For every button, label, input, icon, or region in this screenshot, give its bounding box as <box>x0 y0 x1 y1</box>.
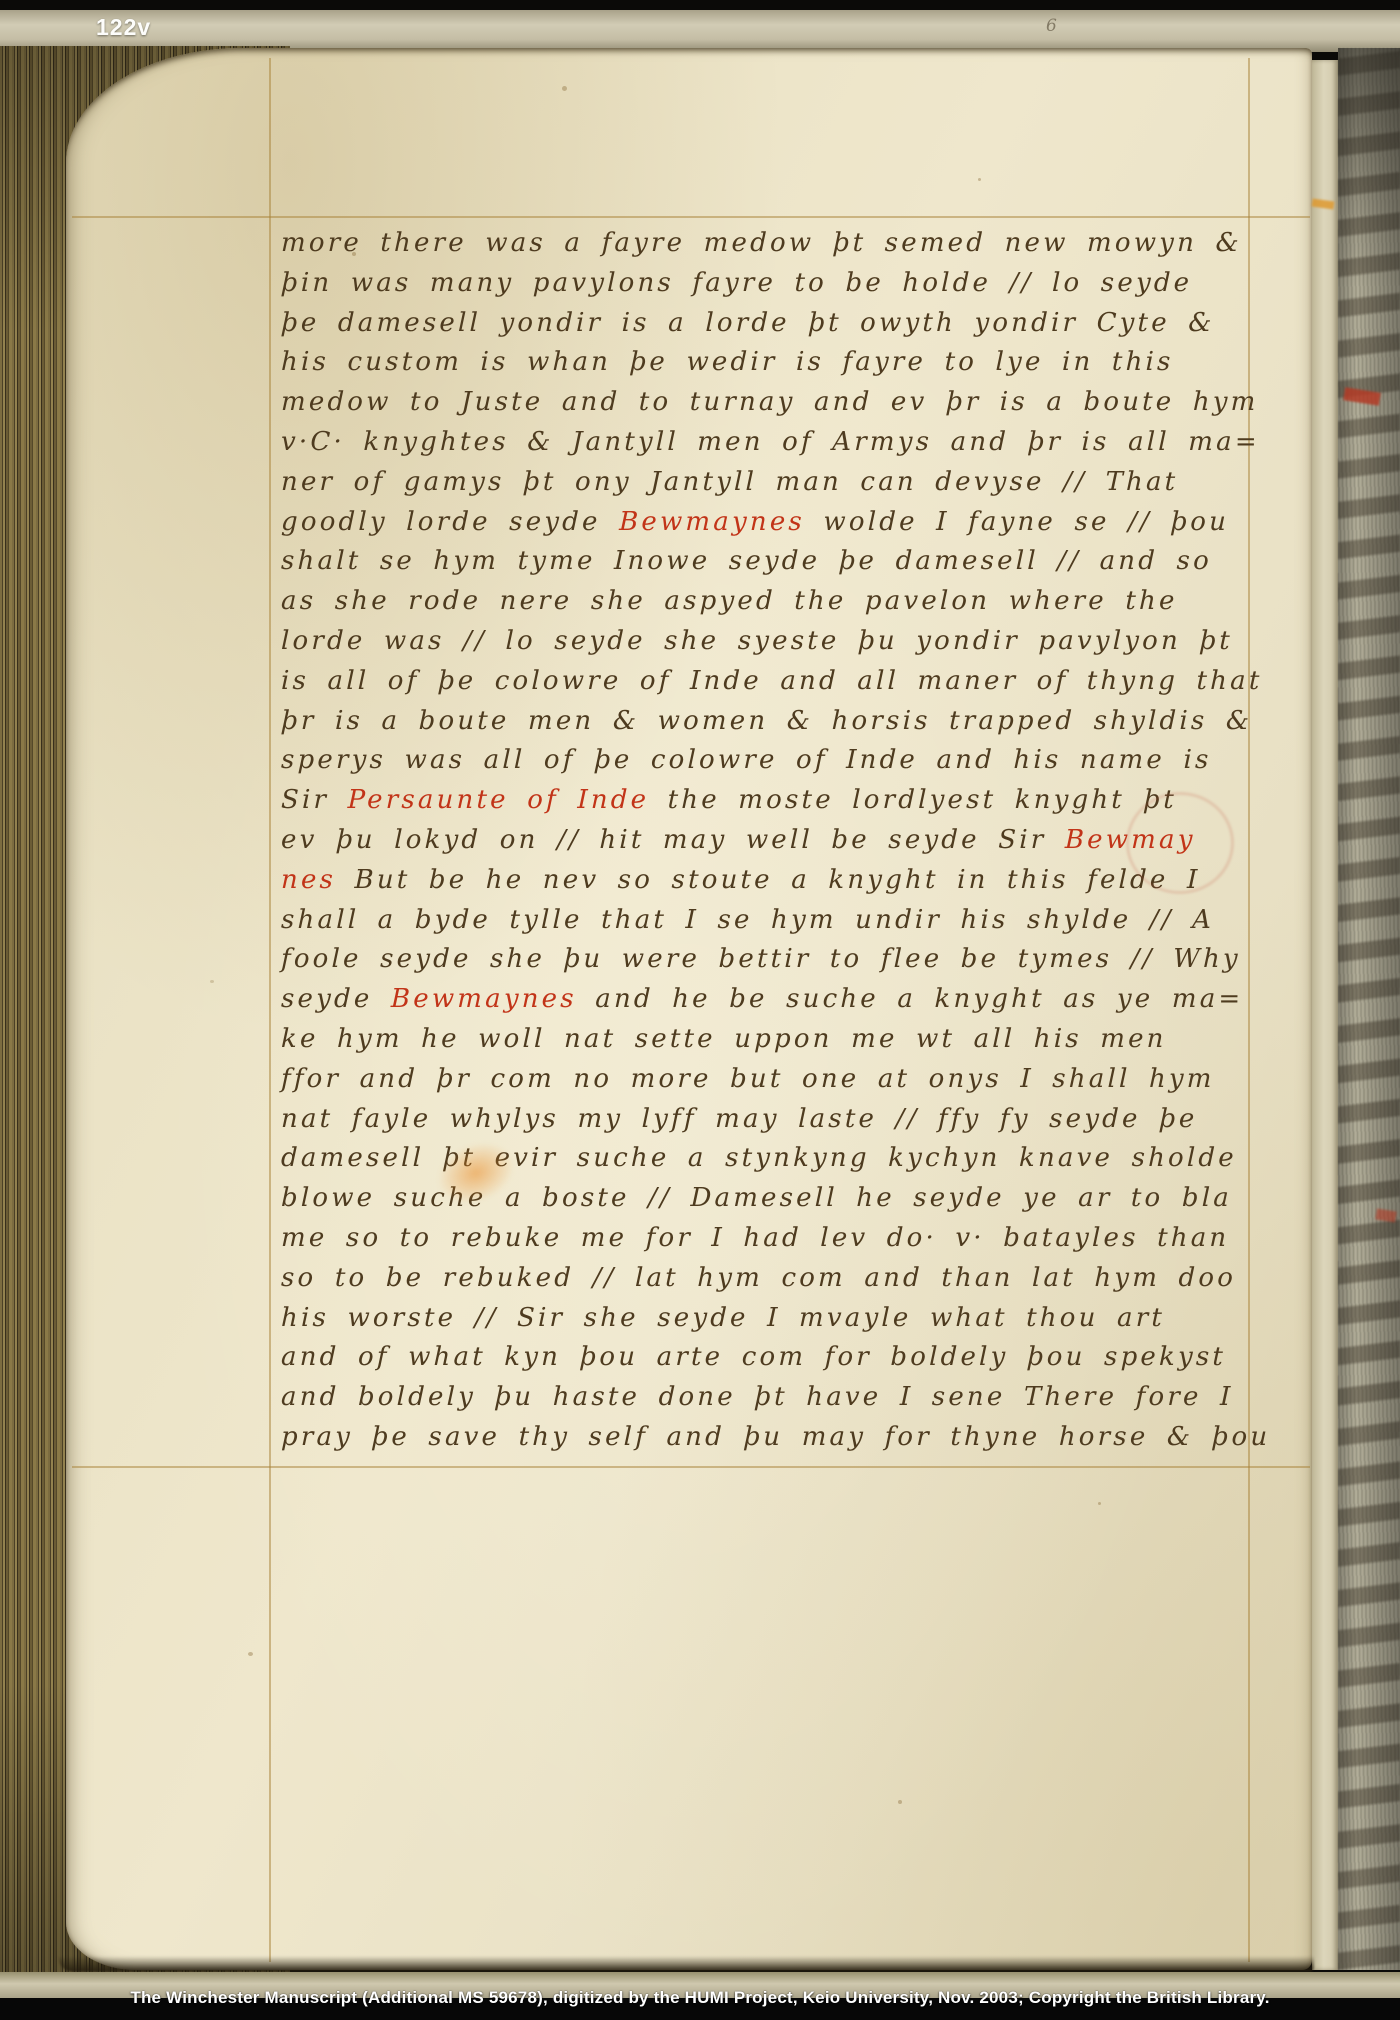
ink-text: ke hym he woll nat sette uppon me wt all… <box>281 1024 1167 1054</box>
ink-text: so to be rebuked // lat hym com and than… <box>281 1263 1237 1293</box>
ink-text: But be he nev so stoute a knyght in this… <box>336 865 1201 895</box>
manuscript-text-line: Sir Persaunte of Inde the moste lordlyes… <box>281 781 1254 821</box>
manuscript-text-line: more there was a fayre medow þt semed ne… <box>281 224 1254 264</box>
pencil-annotation: 6 <box>1046 16 1057 36</box>
manuscript-text-line: foole seyde she þu were bettir to flee b… <box>281 940 1254 980</box>
fox-spot <box>210 980 214 983</box>
manuscript-text-line: ner of gamys þt ony Jantyll man can devy… <box>281 463 1254 503</box>
facing-page-sliver <box>1338 48 1400 1970</box>
manuscript-text-line: his worste // Sir she seyde I mvayle wha… <box>281 1299 1254 1339</box>
leaf-fore-edge <box>1312 60 1338 1970</box>
fox-spot <box>352 252 356 256</box>
ink-text: sperys was all of þe colowre of Inde and… <box>281 745 1212 775</box>
ink-text: þin was many pavylons fayre to be holde … <box>281 268 1193 298</box>
ink-text: shalt se hym tyme Inowe seyde þe damesel… <box>281 546 1212 576</box>
ink-text: lorde was // lo seyde she syeste þu yond… <box>281 626 1233 656</box>
manuscript-text-line: sperys was all of þe colowre of Inde and… <box>281 741 1254 781</box>
fox-spot <box>978 178 981 181</box>
ink-text: v·C· knyghtes & Jantyll men of Armys and… <box>281 427 1260 457</box>
fox-spot <box>248 1652 253 1656</box>
ink-text: and boldely þu haste done þt have I sene… <box>281 1382 1234 1412</box>
manuscript-text-line: nes But be he nev so stoute a knyght in … <box>281 861 1254 901</box>
ink-text: his custom is whan þe wedir is fayre to … <box>281 347 1174 377</box>
ink-text: foole seyde she þu were bettir to flee b… <box>281 944 1241 974</box>
ink-text: ev þu lokyd on // hit may well be seyde … <box>281 825 1065 855</box>
manuscript-text-line: ffor and þr com no more but one at onys … <box>281 1060 1254 1100</box>
ink-text: goodly lorde seyde <box>281 507 620 537</box>
rubricated-text: nes <box>281 865 337 895</box>
ruling-line-top <box>72 216 1310 218</box>
fox-spot <box>562 86 567 91</box>
ink-text: his worste // Sir she seyde I mvayle wha… <box>281 1303 1166 1333</box>
ink-text: ffor and þr com no more but one at onys … <box>281 1064 1215 1094</box>
ruling-line-left <box>269 58 271 1962</box>
manuscript-text-line: medow to Juste and to turnay and ev þr i… <box>281 383 1254 423</box>
red-ring-stain <box>1126 792 1234 894</box>
manuscript-text-line: þin was many pavylons fayre to be holde … <box>281 264 1254 304</box>
manuscript-text-line: me so to rebuke me for I had lev do· v· … <box>281 1219 1254 1259</box>
manuscript-text-line: ev þu lokyd on // hit may well be seyde … <box>281 821 1254 861</box>
manuscript-photo: 122v 6 more there was a fayre medow þt s… <box>0 0 1400 2020</box>
manuscript-text-line: shall a byde tylle that I se hym undir h… <box>281 901 1254 941</box>
manuscript-text-line: þe damesell yondir is a lorde þt owyth y… <box>281 304 1254 344</box>
manuscript-text-line: his custom is whan þe wedir is fayre to … <box>281 343 1254 383</box>
ink-text: is all of þe colowre of Inde and all man… <box>281 666 1263 696</box>
ink-text: seyde <box>281 984 391 1014</box>
ink-text: more there was a fayre medow þt semed ne… <box>281 228 1242 258</box>
ink-text: nat fayle whylys my lyff may laste // ff… <box>281 1104 1198 1134</box>
rubricated-text: Bewmaynes <box>391 984 577 1014</box>
manuscript-text-line: nat fayle whylys my lyff may laste // ff… <box>281 1100 1254 1140</box>
manuscript-text-line: blowe suche a boste // Damesell he seyde… <box>281 1179 1254 1219</box>
ink-text: medow to Juste and to turnay and ev þr i… <box>281 387 1259 417</box>
ink-text: pray þe save thy self and þu may for thy… <box>281 1422 1271 1452</box>
manuscript-text-line: þr is a boute men & women & horsis trapp… <box>281 702 1254 742</box>
rubricated-text: Bewmaynes <box>619 507 805 537</box>
manuscript-text-line: pray þe save thy self and þu may for thy… <box>281 1418 1254 1458</box>
manuscript-text-line: and boldely þu haste done þt have I sene… <box>281 1378 1254 1418</box>
ink-text: damesell þt evir suche a stynkyng kychyn… <box>281 1143 1237 1173</box>
manuscript-text-line: ke hym he woll nat sette uppon me wt all… <box>281 1020 1254 1060</box>
ruling-line-bottom <box>72 1466 1310 1468</box>
fox-spot <box>898 1800 902 1804</box>
fox-spot <box>1098 1502 1101 1505</box>
manuscript-text-line: v·C· knyghtes & Jantyll men of Armys and… <box>281 423 1254 463</box>
ink-text: þr is a boute men & women & horsis trapp… <box>281 706 1253 736</box>
ink-text: shall a byde tylle that I se hym undir h… <box>281 905 1215 935</box>
manuscript-text-line: as she rode nere she aspyed the pavelon … <box>281 582 1254 622</box>
manuscript-text-line: shalt se hym tyme Inowe seyde þe damesel… <box>281 542 1254 582</box>
folio-number: 122v <box>96 14 151 41</box>
manuscript-text-block: more there was a fayre medow þt semed ne… <box>281 224 1253 1458</box>
ink-text: ner of gamys þt ony Jantyll man can devy… <box>281 467 1179 497</box>
manuscript-text-line: seyde Bewmaynes and he be suche a knyght… <box>281 980 1254 1020</box>
manuscript-text-line: damesell þt evir suche a stynkyng kychyn… <box>281 1139 1254 1179</box>
manuscript-text-line: lorde was // lo seyde she syeste þu yond… <box>281 622 1254 662</box>
caption-text: The Winchester Manuscript (Additional MS… <box>0 1988 1400 2008</box>
rubricated-text: Persaunte of Inde <box>347 785 649 815</box>
facing-page-shading <box>1338 48 1400 1970</box>
ink-text: wolde I fayne se // þou <box>805 507 1230 537</box>
manuscript-text-line: goodly lorde seyde Bewmaynes wolde I fay… <box>281 503 1254 543</box>
manuscript-text-line: is all of þe colowre of Inde and all man… <box>281 662 1254 702</box>
ink-text: the moste lordlyest knyght þt <box>649 785 1177 815</box>
ink-text: blowe suche a boste // Damesell he seyde… <box>281 1183 1232 1213</box>
ink-text: þe damesell yondir is a lorde þt owyth y… <box>281 308 1215 338</box>
page-bottom-shadow <box>58 1956 1314 1972</box>
ink-text: and he be suche a knyght as ye ma= <box>577 984 1244 1014</box>
ink-text: and of what kyn þou arte com for boldely… <box>281 1342 1227 1372</box>
ink-text: me so to rebuke me for I had lev do· v· … <box>281 1223 1230 1253</box>
manuscript-text-line: and of what kyn þou arte com for boldely… <box>281 1338 1254 1378</box>
ink-text: Sir <box>281 785 348 815</box>
manuscript-text-line: so to be rebuked // lat hym com and than… <box>281 1259 1254 1299</box>
ink-text: as she rode nere she aspyed the pavelon … <box>281 586 1178 616</box>
